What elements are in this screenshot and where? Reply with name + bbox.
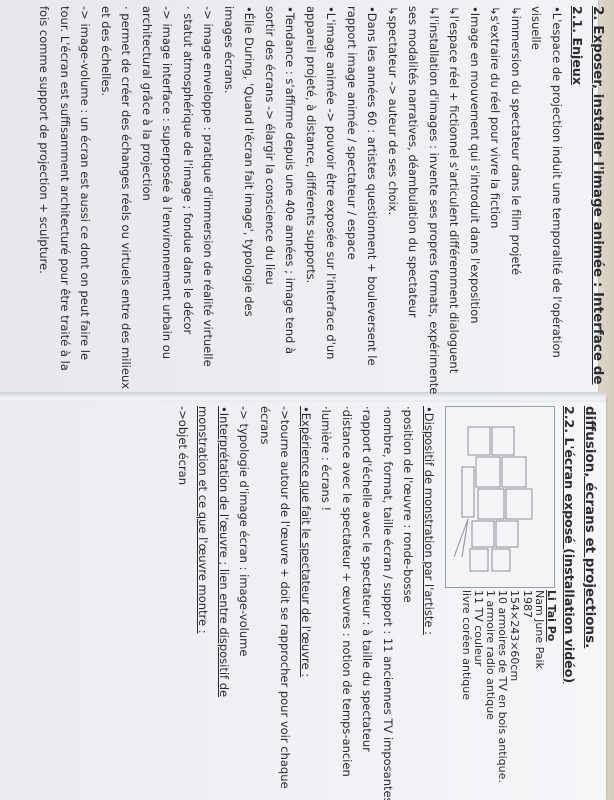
artwork-title: Li Tai Po (545, 590, 557, 783)
page-title-continued: diffusion, écrans et projections. (580, 406, 601, 798)
caption-line: 10 armoires de TV en bois antique. (496, 590, 508, 783)
note-line: fois comme support de projection + sculp… (34, 6, 55, 398)
note-line: écrans (255, 406, 276, 798)
section-heading: 2.1. Enjeux (567, 6, 588, 398)
note-line: •L'image animée -> pouvoir être exposée … (321, 6, 342, 398)
note-line: -> image enveloppe : pratique d'immersio… (198, 6, 219, 398)
artwork-caption: Li Tai Po Nam June Paik 1987 154×243×60c… (459, 590, 557, 783)
note-line: · statut atmosphérique de l'image ; fond… (178, 6, 199, 398)
note-line: •Dans les années 60 : artistes questionn… (362, 6, 383, 398)
section-heading: 2.2. L'écran exposé (installation vidéo) (559, 406, 580, 798)
note-line: •Interprétation de l'œuvre ; lien entre … (214, 406, 235, 798)
note-line: ↳immersion du spectateur dans le film pr… (506, 6, 527, 398)
note-line: rapport image animée / spectateur / espa… (342, 6, 363, 398)
caption-line: livre coréen antique (459, 590, 471, 783)
note-line: ↳s'extraire du réel pour vivre la fictio… (485, 6, 506, 398)
note-line: ·lumière : écrans ! (316, 406, 337, 798)
note-line: ·nombre, format, taille écran / support … (378, 406, 399, 798)
note-line: images écrans. (219, 6, 240, 398)
note-line: ↳l'installation d'images : invente ses p… (424, 6, 445, 398)
note-line: et des échelles. (96, 6, 117, 398)
note-line: appareil projeté, à distance, différents… (301, 6, 322, 398)
note-line: •Image en mouvement qui s'introduit dans… (465, 6, 486, 398)
note-line: ->tourne autour de l'œuvre + doit se rap… (275, 406, 296, 798)
note-line: ·position de l'œuvre : ronde-bosse (398, 406, 419, 798)
caption-line: Nam June Paik (533, 590, 545, 783)
note-line: -> typologie d'image écran : image-volum… (234, 406, 255, 798)
note-line: architectural grâce à la projection (137, 6, 158, 398)
caption-line: 1987 (520, 590, 532, 783)
note-line: · permet de créer des échanges réels ou … (116, 6, 137, 398)
note-line: ->objet écran (173, 406, 194, 798)
left-page-content: 2. Exposer, installer l'image animée : I… (34, 6, 608, 398)
artwork-sketch-block: Li Tai Po Nam June Paik 1987 154×243×60c… (439, 406, 559, 798)
note-line: -> image interface : superposée à l'envi… (157, 6, 178, 398)
note-line: tour. L'écran est suffisamment architect… (55, 6, 76, 398)
note-line: ·distance avec le spectateur + œuvres : … (337, 406, 358, 798)
caption-line: 11 TV couleur (472, 590, 484, 783)
note-line: ses modalités narratives, déambulation d… (403, 6, 424, 398)
note-line: monstration et ce que l'œuvre montre : (193, 406, 214, 798)
note-line: -> image-volume : un écran est aussi ce … (75, 6, 96, 398)
note-line: •Dispositif de monstration par l'artiste… (419, 406, 440, 798)
note-line: •Expérience que fait le spectateur de l'… (296, 406, 317, 798)
note-line: ·rapport d'échelle avec le spectateur : … (357, 406, 378, 798)
note-line: •Élie During, 'Quand l'écran fait image'… (239, 6, 260, 398)
note-line: sortir des écrans -> élargir la conscien… (260, 6, 281, 398)
note-line: visuelle (526, 6, 547, 398)
right-page-content: diffusion, écrans et projections. 2.2. L… (173, 406, 601, 798)
note-line: ↳l'espace réel + fictionnel s'articulent… (444, 6, 465, 398)
note-line: •L'espace de projection induit une tempo… (547, 6, 568, 398)
note-line: •Tendance : s'affirme depuis une 40e ann… (280, 6, 301, 398)
caption-line: 154×243×60cm (508, 590, 520, 783)
tv-tower-sketch-icon (445, 406, 555, 588)
note-line: ↳spectateur -> auteur de ses choix. (383, 6, 404, 398)
caption-line: 1 armoire radio antique (484, 590, 496, 783)
page-title: 2. Exposer, installer l'image animée : I… (588, 6, 609, 398)
